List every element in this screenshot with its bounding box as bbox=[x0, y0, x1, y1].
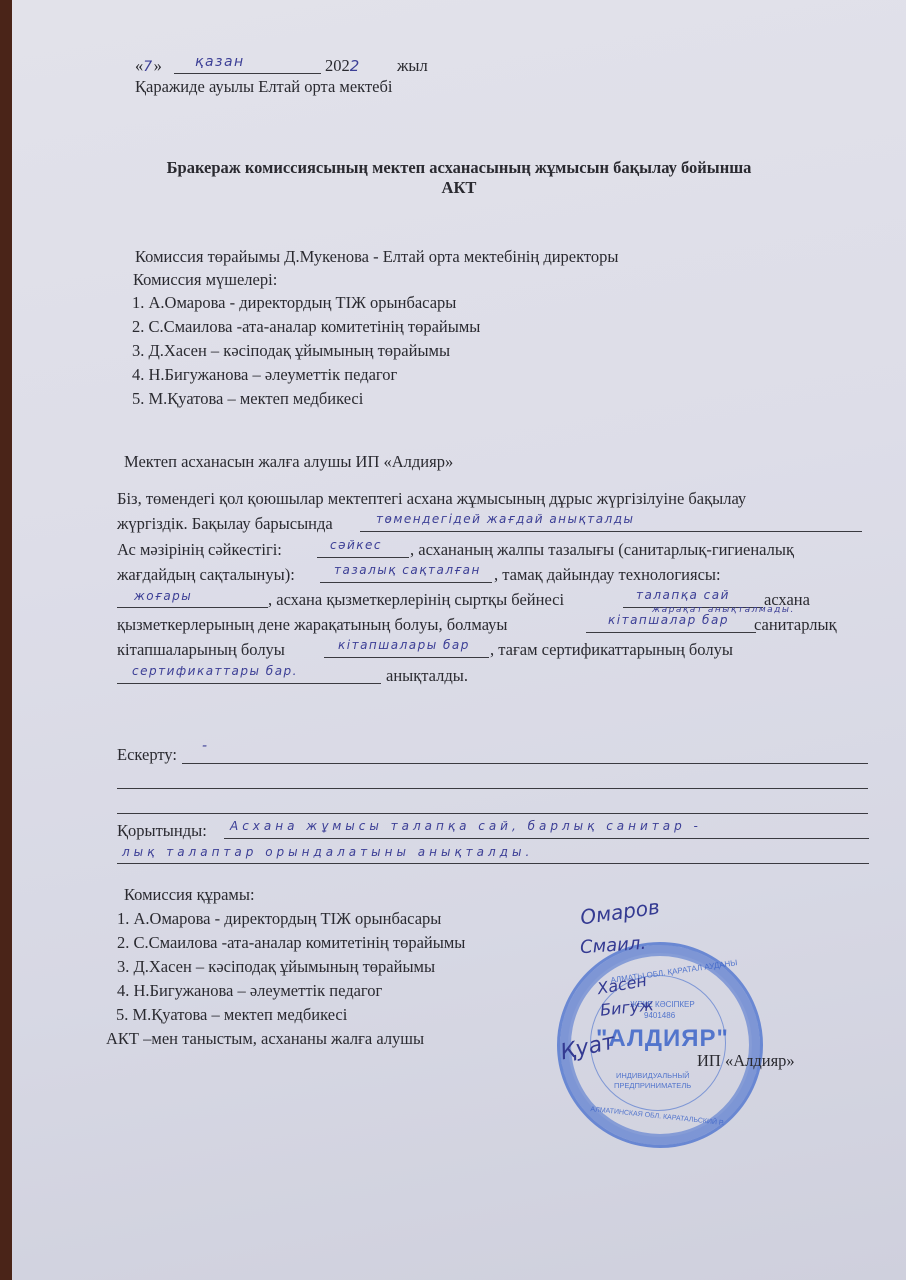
observation-handwritten: төмендегідей жағдай анықталды bbox=[376, 512, 635, 526]
quote-close: » bbox=[154, 56, 162, 75]
menu-label: Ас мәзірінің сәйкестігі: bbox=[117, 540, 282, 560]
body-intro: Біз, төмендегі қол қоюшылар мектептегі а… bbox=[117, 489, 746, 509]
note-underline-2 bbox=[117, 788, 868, 789]
cleanliness-label-2: жағдайдың сақталынуы): bbox=[117, 565, 295, 585]
tenant-signature-label: ИП «Алдияр» bbox=[697, 1051, 795, 1071]
body-observation-label: жүргіздік. Бақылау барысында bbox=[117, 514, 333, 534]
certificates-underline bbox=[117, 683, 381, 684]
certificates-label: , тағам сертификаттарының болуы bbox=[490, 640, 733, 660]
date-month: қазан bbox=[195, 54, 245, 70]
commission-member: 4. Н.Бигужанова – әлеуметтік педагог bbox=[132, 365, 397, 385]
commission-member: 2. С.Смаилова -ата-аналар комитетінің тө… bbox=[132, 317, 480, 337]
menu-underline bbox=[317, 557, 409, 558]
books-underline bbox=[324, 657, 489, 658]
injury-label: қызметкерлерының дене жарақатының болуы,… bbox=[117, 615, 508, 635]
injury-handwritten: кітапшалар бар bbox=[608, 613, 729, 627]
observation-underline bbox=[360, 531, 862, 532]
composition-member: 2. С.Смаилова -ата-аналар комитетінің тө… bbox=[117, 933, 465, 953]
menu-handwritten: сәйкес bbox=[330, 538, 382, 552]
commission-member: 3. Д.Хасен – кәсіподақ ұйымының төрайымы bbox=[132, 341, 450, 361]
year-handwritten: 2 bbox=[350, 57, 361, 75]
commission-chair: Комиссия төрайымы Д.Мукенова - Елтай орт… bbox=[135, 247, 619, 267]
conclusion-label: Қорытынды: bbox=[117, 821, 207, 841]
books-handwritten: кітапшалары бар bbox=[338, 638, 470, 652]
certificates-handwritten: сертификаттары бар. bbox=[132, 664, 298, 678]
composition-member: 1. А.Омарова - директордың ТІЖ орынбасар… bbox=[117, 909, 441, 929]
composition-member: 3. Д.Хасен – кәсіподақ ұйымының төрайымы bbox=[117, 957, 435, 977]
note-label: Ескерту: bbox=[117, 745, 177, 765]
technology-handwritten: жоғары bbox=[134, 589, 192, 603]
conclusion-line-2: лық талаптар орындалатыны анықталды. bbox=[122, 845, 533, 859]
note-underline-1 bbox=[182, 763, 868, 764]
document-title: Бракераж комиссиясының мектеп асханасыны… bbox=[12, 158, 906, 178]
cleanliness-label: , асхананың жалпы тазалығы (санитарлық-г… bbox=[410, 540, 794, 560]
injury-underline bbox=[586, 632, 756, 633]
commission-member: 5. М.Қуатова – мектеп медбикесі bbox=[132, 389, 363, 409]
note-underline-3 bbox=[117, 813, 868, 814]
composition-member: 5. М.Қуатова – мектеп медбикесі bbox=[116, 1005, 347, 1025]
composition-label: Комиссия құрамы: bbox=[124, 885, 255, 905]
cleanliness-underline bbox=[320, 582, 492, 583]
books-label: кітапшаларының болуы bbox=[117, 640, 285, 660]
date-line: «7» bbox=[135, 56, 162, 77]
stamp-bottom-text-1: ИНДИВИДУАЛЬНЫЙ bbox=[616, 1071, 690, 1080]
date-day: 7 bbox=[143, 59, 153, 75]
quote-open: « bbox=[135, 56, 143, 75]
conclusion-underline-1 bbox=[224, 838, 869, 839]
tenant-line: Мектеп асханасын жалға алушы ИП «Алдияр» bbox=[124, 452, 453, 472]
sanitary-label: санитарлық bbox=[754, 615, 837, 635]
acknowledgement-line: АКТ –мен таныстым, асхананы жалға алушы bbox=[106, 1029, 424, 1049]
cleanliness-handwritten: тазалық сақталған bbox=[334, 563, 481, 577]
technology-label: , тамақ дайындау технологиясы: bbox=[494, 565, 721, 585]
conclusion-line-1: Асхана жұмысы талапқа сай, барлық санита… bbox=[230, 819, 702, 833]
year-printed: 202 bbox=[325, 56, 350, 75]
composition-member: 4. Н.Бигужанова – әлеуметтік педагог bbox=[117, 981, 382, 1001]
found-word: анықталды. bbox=[386, 666, 468, 686]
appearance-label: , асхана қызметкерлерінің сыртқы бейнесі bbox=[268, 590, 564, 610]
document-page: «7» қазан 2022 жыл Қаражиде ауылы Елтай … bbox=[12, 0, 906, 1280]
technology-underline bbox=[117, 607, 268, 608]
date-month-underline bbox=[174, 73, 321, 74]
commission-member: 1. А.Омарова - директордың ТІЖ орынбасар… bbox=[132, 293, 456, 313]
signature-1: Омаров bbox=[579, 895, 661, 930]
commission-members-label: Комиссия мүшелері: bbox=[133, 270, 277, 290]
conclusion-underline-2 bbox=[117, 863, 869, 864]
note-value: - bbox=[202, 738, 209, 754]
year-word: жыл bbox=[397, 56, 428, 76]
stamp-bottom-text-2: ПРЕДПРИНИМАТЕЛЬ bbox=[614, 1081, 691, 1090]
document-subtitle: АКТ bbox=[12, 178, 906, 198]
school-name: Қаражиде ауылы Елтай орта мектебі bbox=[135, 77, 392, 97]
date-year: 2022 bbox=[325, 56, 361, 76]
appearance-handwritten: талапқа сай bbox=[636, 588, 730, 602]
